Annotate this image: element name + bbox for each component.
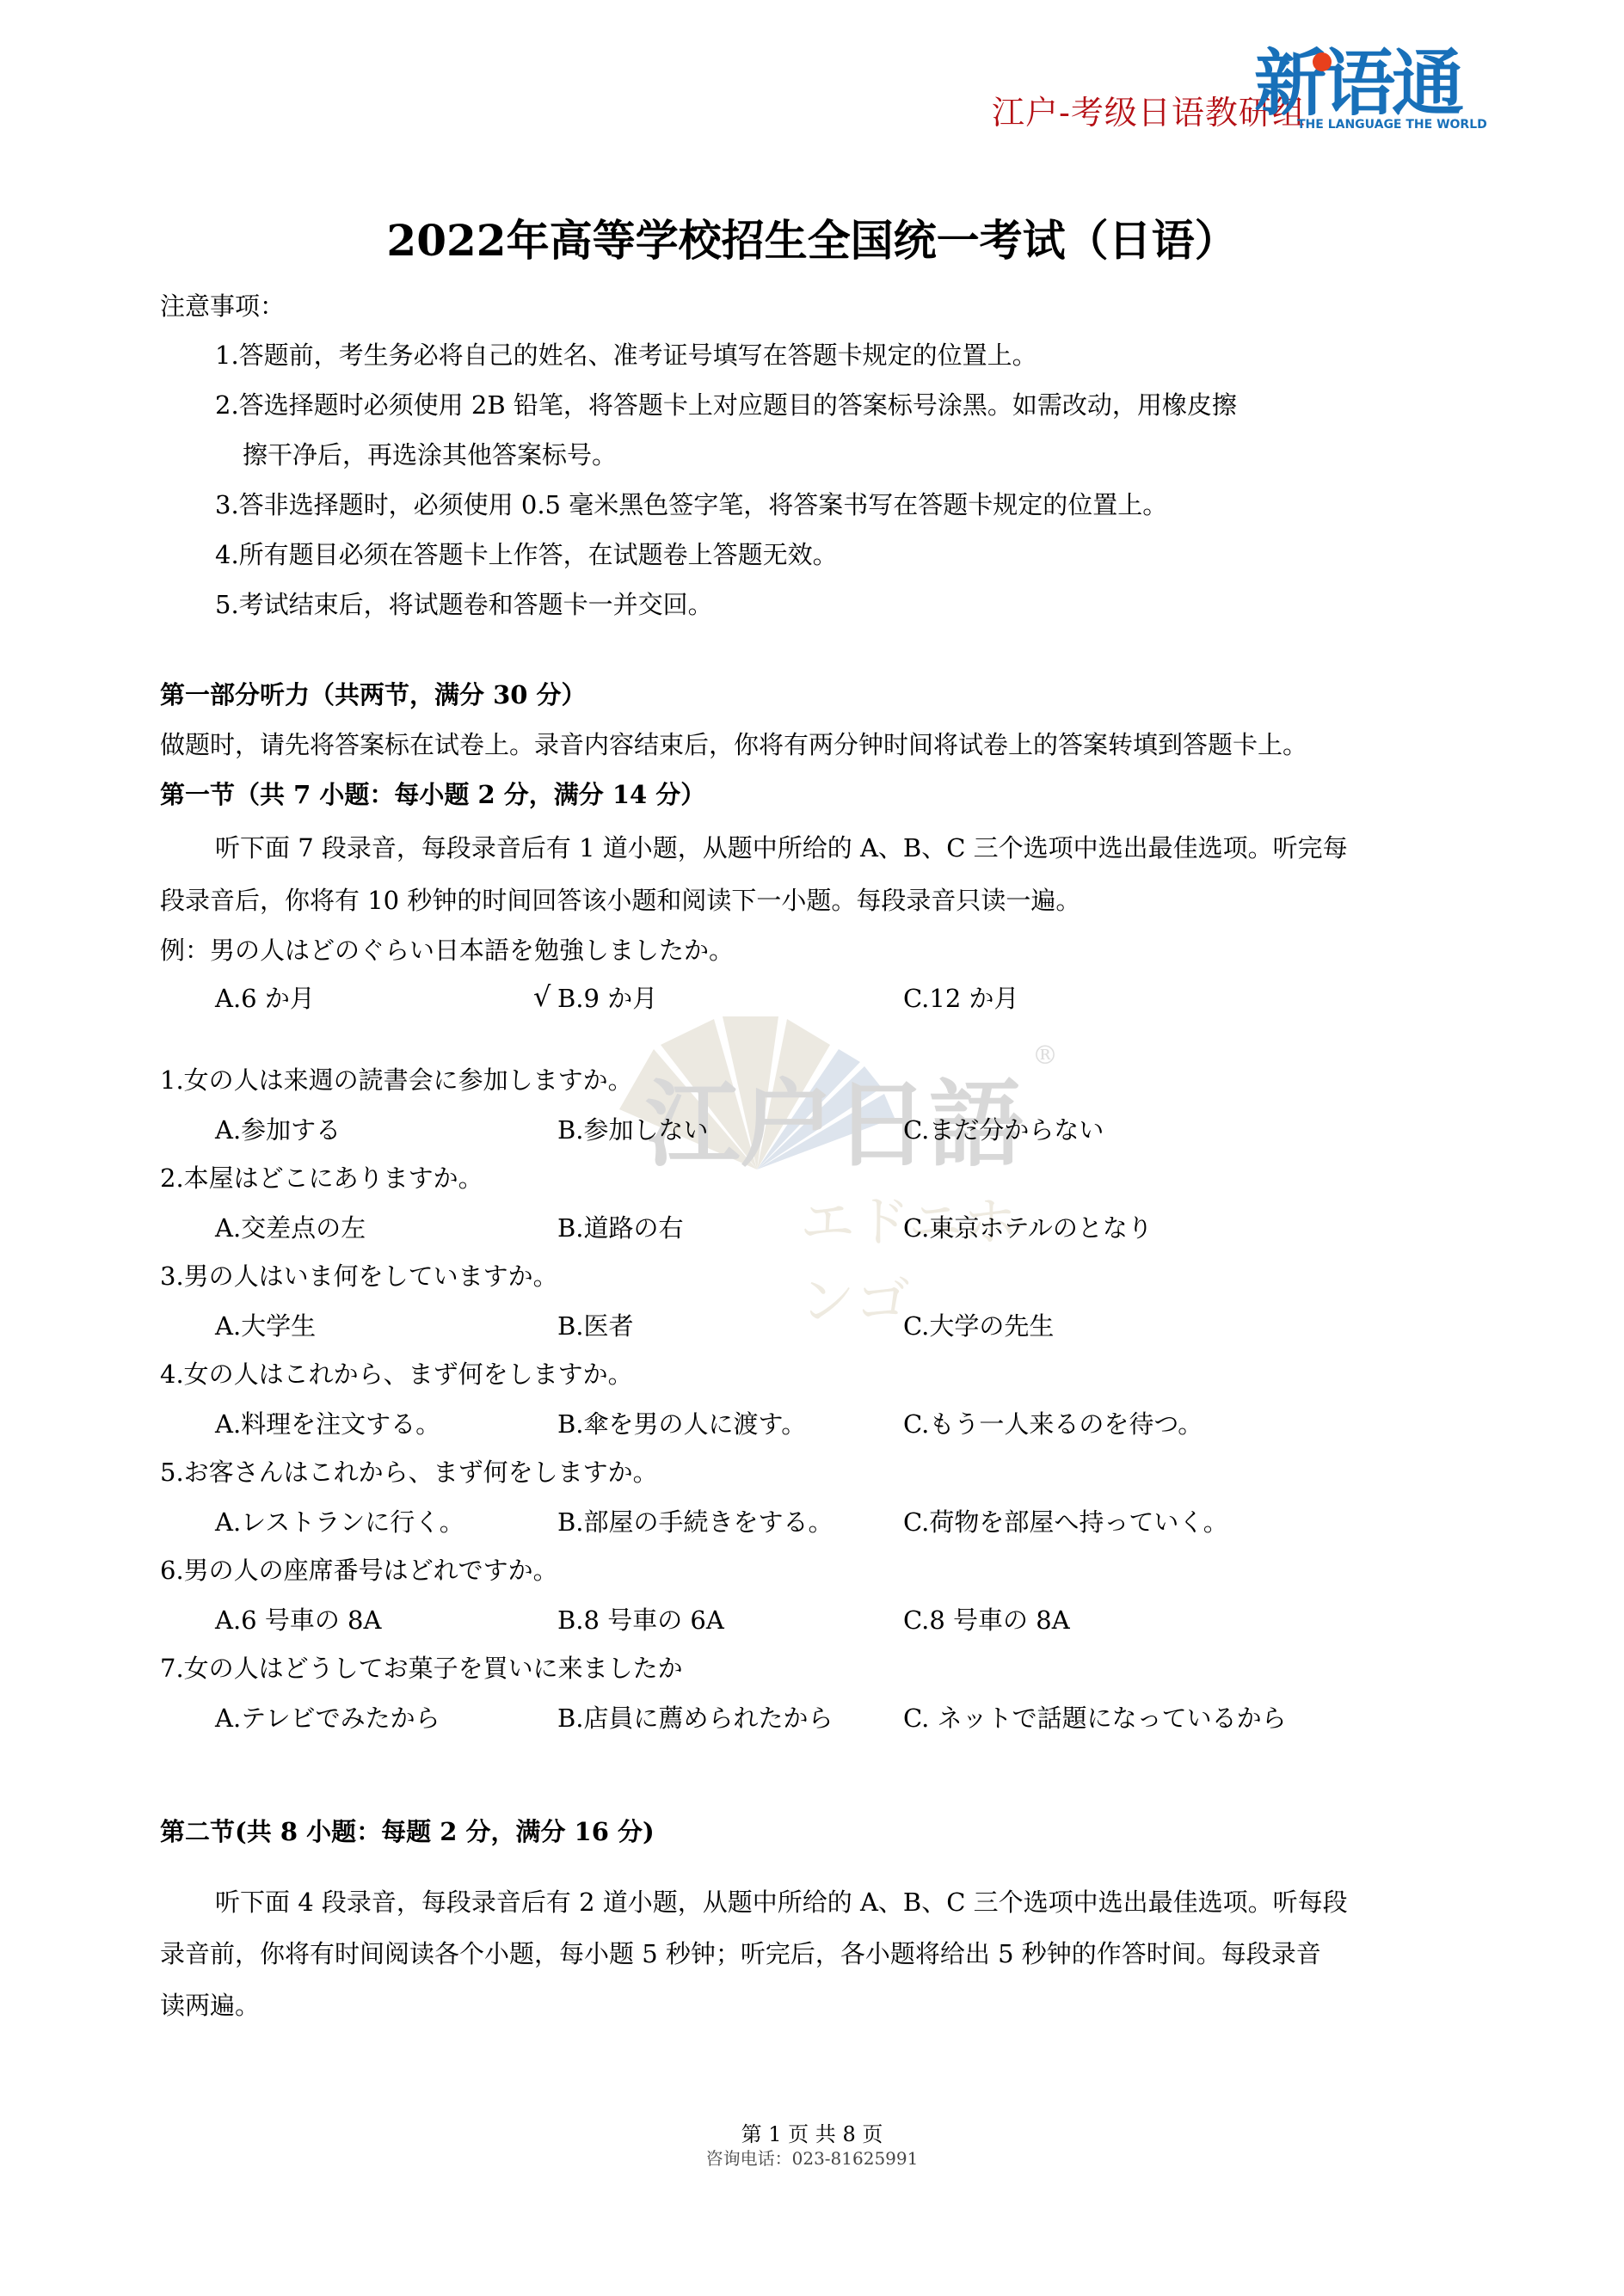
option-2c: C.東京ホテルのとなり [903,1212,1153,1243]
notice-item: 5.考试结束后，将试题卷和答题卡一并交回。 [215,589,713,620]
section1-instruction: 段录音后，你将有 10 秒钟的时间回答该小题和阅读下一小题。每段录音只读一遍。 [160,885,1080,916]
question-3: 3.男の人はいま何をしていますか。 [160,1261,558,1292]
option-3a: A.大学生 [215,1311,316,1341]
section1-heading: 第一节（共 7 小题：每小题 2 分，满分 14 分） [160,779,705,810]
example-option-b: B.9 か月 [557,983,657,1014]
option-2a: A.交差点の左 [215,1212,366,1243]
option-5a: A.レストランに行く。 [215,1507,464,1538]
option-1c: C.まだ分からない [903,1114,1104,1145]
question-5: 5.お客さんはこれから、まず何をしますか。 [160,1457,658,1488]
notice-item-cont: 擦干净后，再选涂其他答案标号。 [243,439,617,470]
fan-icon [585,998,929,1221]
option-5c: C.荷物を部屋へ持っていく。 [903,1507,1228,1538]
check-mark-icon: √ [533,981,551,1012]
notice-item: 4.所有题目必须在答题卡上作答，在试题卷上答题无效。 [215,539,838,570]
option-1b: B.参加しない [557,1114,709,1145]
question-1: 1.女の人は来週の読書会に参加しますか。 [160,1065,633,1096]
option-6a: A.6 号車の 8A [215,1605,381,1636]
option-7b: B.店員に薦められたから [557,1703,834,1734]
option-5b: B.部屋の手続きをする。 [557,1507,834,1538]
example-option-c: C.12 か月 [903,983,1019,1014]
section2-instruction: 读两遍。 [160,1990,260,2021]
option-2b: B.道路の右 [557,1212,684,1243]
option-3b: B.医者 [557,1311,634,1341]
section2-instruction: 听下面 4 段录音，每段录音后有 2 道小题，从题中所给的 A、B、C 三个选项… [215,1887,1348,1918]
page-title: 2022年高等学校招生全国统一考试（日语） [0,206,1624,268]
question-2: 2.本屋はどこにありますか。 [160,1163,483,1194]
logo-dot-icon [1313,52,1332,71]
question-4: 4.女の人はこれから、まず何をしますか。 [160,1359,633,1390]
registered-icon: ® [1032,1041,1058,1071]
option-7c: C. ネットで話題になっているから [903,1703,1287,1734]
logo-wordmark: 新语通 [1254,47,1461,120]
contact-phone: 咨询电话：023-81625991 [0,2145,1624,2170]
notice-item: 3.答非选择题时，必须使用 0.5 毫米黑色签字笔，将答案书写在答题卡规定的位置… [215,489,1167,520]
notice-item: 2.答选择题时必须使用 2B 铅笔，将答题卡上对应题目的答案标号涂黑。如需改动，… [215,390,1237,421]
section2-instruction: 录音前，你将有时间阅读各个小题，每小题 5 秒钟；听完后，各小题将给出 5 秒钟… [160,1938,1321,1969]
example-option-a: A.6 か月 [215,983,315,1014]
logo-tagline: THE LANGUAGE THE WORLD [1297,118,1487,132]
option-4c: C.もう一人来るのを待つ。 [903,1409,1203,1440]
option-4a: A.料理を注文する。 [215,1409,440,1440]
option-4b: B.傘を男の人に渡す。 [557,1409,806,1440]
part1-heading: 第一部分听力（共两节，满分 30 分） [160,679,587,710]
option-6c: C.8 号車の 8A [903,1605,1070,1636]
question-6: 6.男の人の座席番号はどれですか。 [160,1555,558,1586]
option-3c: C.大学の先生 [903,1311,1054,1341]
brand-logo: 新语通 THE LANGUAGE THE WORLD [1254,47,1615,133]
option-7a: A.テレビでみたから [215,1703,440,1734]
notice-heading: 注意事项： [160,291,285,322]
page-number: 第 1 页 共 8 页 [0,2117,1624,2147]
question-7: 7.女の人はどうしてお菓子を買いに来ましたか [160,1653,683,1684]
section1-instruction: 听下面 7 段录音，每段录音后有 1 道小题，从题中所给的 A、B、C 三个选项… [215,832,1348,863]
example-question: 例：男の人はどのぐらい日本語を勉強しましたか。 [160,935,734,966]
section2-heading: 第二节(共 8 小题：每题 2 分，满分 16 分) [160,1816,655,1847]
part1-instruction: 做题时，请先将答案标在试卷上。录音内容结束后，你将有两分钟时间将试卷上的答案转填… [160,729,1307,760]
option-1a: A.参加する [215,1114,341,1145]
notice-item: 1.答题前，考生务必将自己的姓名、准考证号填写在答题卡规定的位置上。 [215,340,1037,371]
option-6b: B.8 号車の 6A [557,1605,724,1636]
